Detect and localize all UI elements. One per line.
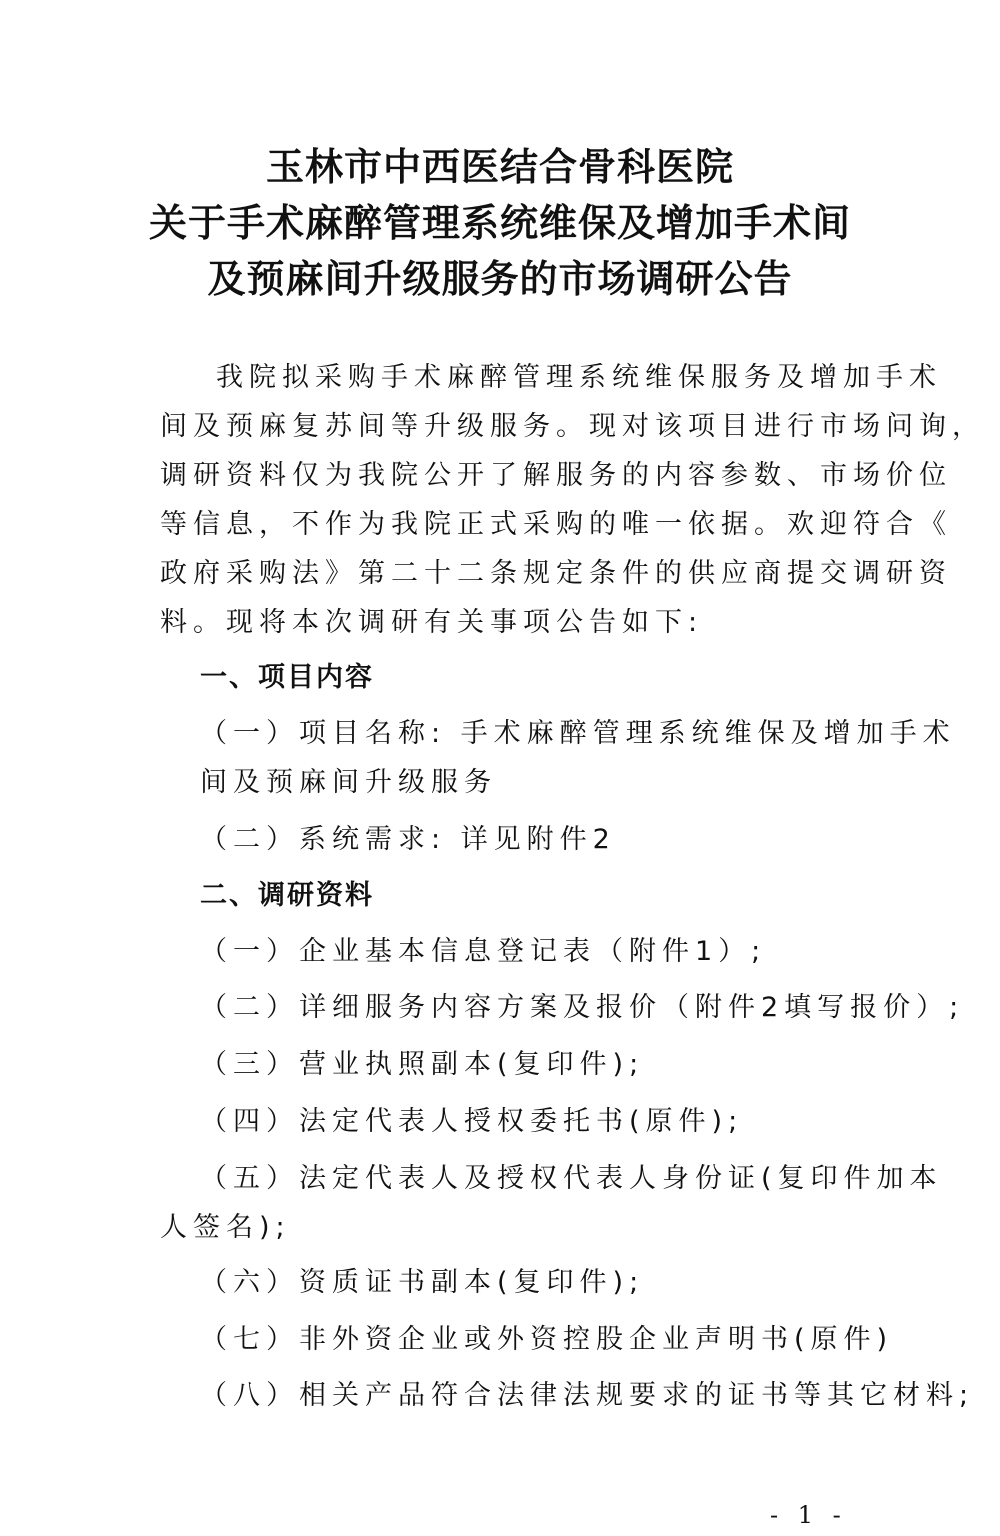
section-item: （五）法定代表人及授权代表人身份证(复印件加本 (200, 1159, 943, 1199)
section-item: （一）企业基本信息登记表（附件1）; (200, 932, 766, 972)
section-heading-project-content: 一、项目内容 (200, 658, 374, 698)
section-item: （六）资质证书副本(复印件); (200, 1263, 644, 1303)
section-item: （三）营业执照副本(复印件); (200, 1045, 644, 1085)
section-item: （七）非外资企业或外资控股企业声明书(原件) (200, 1320, 893, 1360)
section-item: 间及预麻间升级服务 (200, 763, 497, 803)
section-heading-research-materials: 二、调研资料 (200, 876, 374, 916)
section-item: （二）系统需求: 详见附件2 (200, 820, 616, 860)
intro-paragraph-line: 间及预麻复苏间等升级服务。现对该项目进行市场问询， (160, 407, 985, 447)
intro-paragraph-line: 等信息，不作为我院正式采购的唯一依据。欢迎符合《 (160, 505, 952, 545)
section-item: 人签名); (160, 1208, 291, 1248)
document-title-line-3: 及预麻间升级服务的市场调研公告 (0, 254, 1000, 304)
intro-paragraph-line: 调研资料仅为我院公开了解服务的内容参数、市场价位 (160, 456, 952, 496)
section-item: （八）相关产品符合法律法规要求的证书等其它材料; (200, 1376, 974, 1416)
document-page: 玉林市中西医结合骨科医院 关于手术麻醉管理系统维保及增加手术间 及预麻间升级服务… (0, 0, 1000, 1536)
page-number: - 1 - (770, 1500, 847, 1530)
document-title-line-1: 玉林市中西医结合骨科医院 (0, 142, 1000, 192)
section-item: （四）法定代表人授权委托书(原件); (200, 1102, 743, 1142)
intro-paragraph-line: 政府采购法》第二十二条规定条件的供应商提交调研资 (160, 554, 952, 594)
document-title-line-2: 关于手术麻醉管理系统维保及增加手术间 (0, 198, 1000, 248)
section-item: （二）详细服务内容方案及报价（附件2填写报价）; (200, 988, 964, 1028)
intro-paragraph-line: 我院拟采购手术麻醉管理系统维保服务及增加手术 (216, 358, 942, 398)
intro-paragraph-line: 料。现将本次调研有关事项公告如下: (160, 603, 703, 643)
section-item: （一）项目名称: 手术麻醉管理系统维保及增加手术 (200, 714, 956, 754)
